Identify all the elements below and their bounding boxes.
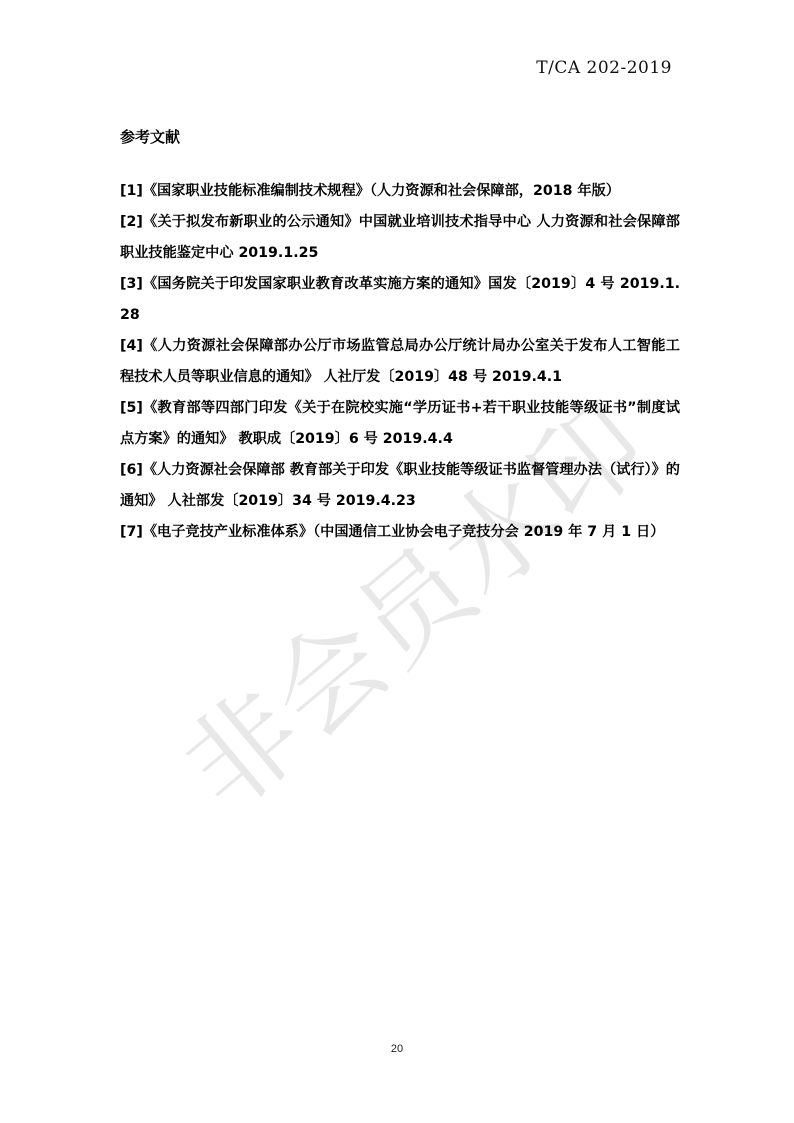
reference-item: [3]《国务院关于印发国家职业教育改革实施方案的通知》国发〔2019〕4 号 2… bbox=[120, 269, 680, 331]
section-title: 参考文献 bbox=[120, 126, 180, 147]
page-number: 20 bbox=[0, 1043, 794, 1055]
reference-item: [2]《关于拟发布新职业的公示通知》中国就业培训技术指导中心 人力资源和社会保障… bbox=[120, 207, 680, 269]
reference-item: [6]《人力资源社会保障部 教育部关于印发《职业技能等级证书监督管理办法（试行）… bbox=[120, 455, 680, 517]
reference-item: [1]《国家职业技能标准编制技术规程》（人力资源和社会保障部，2018 年版） bbox=[120, 176, 680, 207]
standard-code: T/CA 202-2019 bbox=[536, 58, 672, 78]
reference-item: [5]《教育部等四部门印发《关于在院校实施“学历证书+若干职业技能等级证书”制度… bbox=[120, 393, 680, 455]
reference-item: [7]《电子竞技产业标准体系》（中国通信工业协会电子竞技分会 2019 年 7 … bbox=[120, 517, 680, 548]
reference-item: [4]《人力资源社会保障部办公厅市场监管总局办公厅统计局办公室关于发布人工智能工… bbox=[120, 331, 680, 393]
reference-list: [1]《国家职业技能标准编制技术规程》（人力资源和社会保障部，2018 年版） … bbox=[120, 176, 680, 548]
